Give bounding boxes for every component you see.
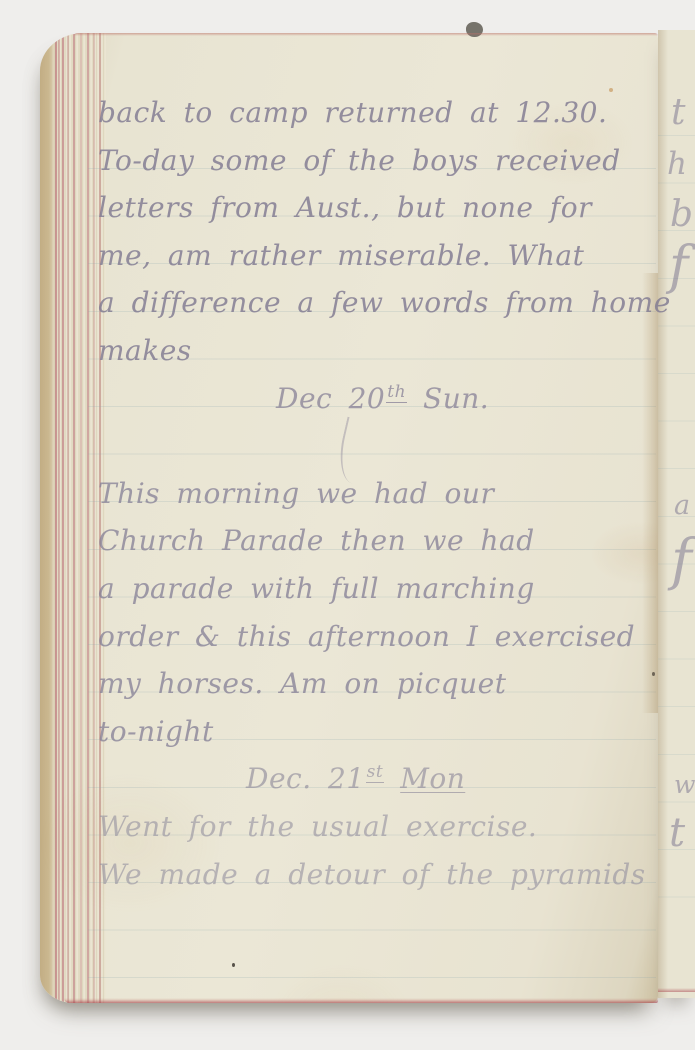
diary-line: Church Parade then we had xyxy=(88,516,653,564)
facing-letter-fragment: h xyxy=(667,146,687,182)
heading-day: Mon xyxy=(400,762,465,795)
ink-speck xyxy=(232,963,235,967)
facing-letter-fragment: f xyxy=(671,528,692,593)
heading-date: Dec 20 xyxy=(276,382,385,415)
diary-line: a difference a few words from home xyxy=(88,278,653,326)
facing-letter-fragment: f xyxy=(669,236,688,296)
facing-letter-fragment: t xyxy=(669,810,685,856)
diary-line: my horses. Am on picquet xyxy=(88,659,653,707)
diary-line: makes xyxy=(88,326,653,374)
heading-day: Sun. xyxy=(423,382,489,415)
diary-line: order & this afternoon I exercised xyxy=(88,612,653,660)
stain-speck xyxy=(609,88,613,92)
heading-ordinal: st xyxy=(366,762,385,783)
diary-line: a parade with full marching xyxy=(88,564,653,612)
photo-backdrop: back to camp returned at 12.30. To-day s… xyxy=(0,0,695,1050)
facing-page-edge: t h b f a f w t xyxy=(658,30,695,998)
diary-line: We made a detour of the pyramids xyxy=(88,850,653,898)
heading-ordinal: th xyxy=(386,382,407,403)
diary-line: back to camp returned at 12.30. xyxy=(88,88,653,136)
red-edge-stripe xyxy=(62,33,64,1003)
handwriting-block: back to camp returned at 12.30. To-day s… xyxy=(88,88,653,897)
diary-line: Went for the usual exercise. xyxy=(88,802,653,850)
red-edge-stripe xyxy=(55,33,57,1003)
entry-date-heading: Dec 20thSun. xyxy=(88,374,653,422)
heading-date: Dec. 21 xyxy=(246,762,365,795)
diary-line: To-day some of the boys received xyxy=(88,136,653,184)
red-edge-stripe xyxy=(80,33,82,1003)
stain-speck xyxy=(652,672,655,676)
facing-letter-fragment: b xyxy=(670,194,693,235)
notebook-page: back to camp returned at 12.30. To-day s… xyxy=(40,33,658,1003)
facing-letter-fragment: w xyxy=(674,770,695,799)
red-edge-stripe xyxy=(67,33,69,1003)
facing-letter-fragment: t xyxy=(671,92,685,133)
diary-line: letters from Aust., but none for xyxy=(88,183,653,231)
red-edge-stripe xyxy=(73,33,75,1003)
diary-line: me, am rather miserable. What xyxy=(88,231,653,279)
diary-line: This morning we had our xyxy=(88,469,653,517)
facing-letter-fragment: a xyxy=(674,490,690,521)
entry-date-heading: Dec. 21stMon xyxy=(88,754,653,802)
red-edge-stripe xyxy=(58,33,60,1003)
diary-line: to-night xyxy=(88,707,653,755)
